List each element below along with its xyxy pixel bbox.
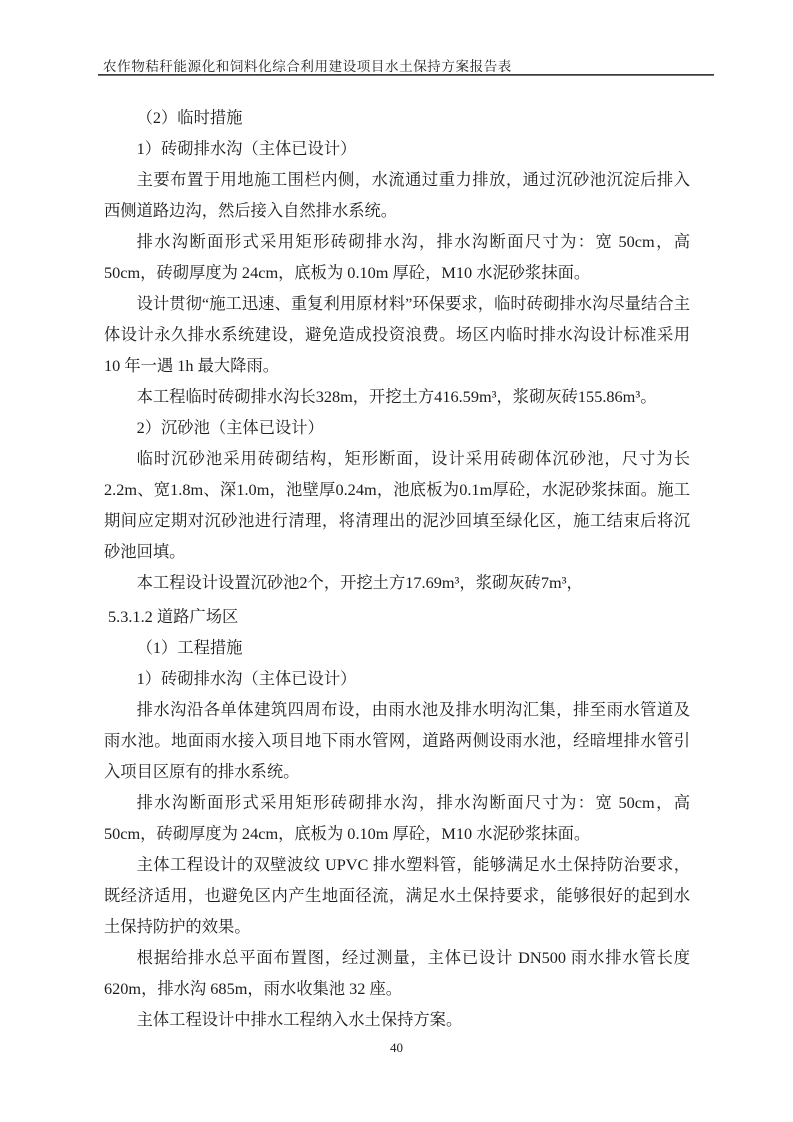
paragraph-brick-drain-label-2: 1）砖砌排水沟（主体已设计） — [104, 663, 690, 694]
paragraph-included-in-plan: 主体工程设计中排水工程纳入水土保持方案。 — [104, 1004, 690, 1035]
paragraph-drain-around-buildings: 排水沟沿各单体建筑四周布设，由雨水池及排水明沟汇集，排至雨水管道及雨水池。地面雨… — [104, 694, 690, 787]
paragraph-drain-layout: 主要布置于用地施工围栏内侧，水流通过重力排放，通过沉砂池沉淀后排入西侧道路边沟，… — [104, 164, 690, 226]
paragraph-measured-lengths: 根据给排水总平面布置图，经过测量，主体已设计 DN500 雨水排水管长度 620… — [104, 942, 690, 1004]
document-body: （2）临时措施 1）砖砌排水沟（主体已设计） 主要布置于用地施工围栏内侧，水流通… — [104, 102, 690, 1035]
paragraph-drain-section-spec-2: 排水沟断面形式采用矩形砖砌排水沟，排水沟断面尺寸为：宽 50cm，高 50cm，… — [104, 787, 690, 849]
paragraph-engineering-measures: （1）工程措施 — [104, 632, 690, 663]
paragraph-sand-basin-label: 2）沉砂池（主体已设计） — [104, 412, 690, 443]
paragraph-sand-basin-quantities: 本工程设计设置沉砂池2个，开挖土方17.69m³，浆砌灰砖7m³， — [104, 567, 690, 598]
header-title: 农作物秸秆能源化和饲料化综合利用建设项目水土保持方案报告表 — [103, 55, 512, 75]
page-footer: 40 — [0, 1040, 793, 1056]
paragraph-sand-basin-spec: 临时沉砂池采用砖砌结构，矩形断面，设计采用砖砌体沉砂池，尺寸为长2.2m、宽1.… — [104, 443, 690, 567]
paragraph-upvc-pipe: 主体工程设计的双壁波纹 UPVC 排水塑料管，能够满足水土保持防治要求，既经济适… — [104, 849, 690, 942]
paragraph-drain-quantities: 本工程临时砖砌排水沟长328m，开挖土方416.59m³，浆砌灰砖155.86m… — [104, 381, 690, 412]
paragraph-drain-section-spec: 排水沟断面形式采用矩形砖砌排水沟，排水沟断面尺寸为：宽 50cm，高 50cm，… — [104, 226, 690, 288]
paragraph-design-principle: 设计贯彻“施工迅速、重复利用原材料”环保要求，临时砖砌排水沟尽量结合主体设计永久… — [104, 288, 690, 381]
paragraph-temporary-measures-label: （2）临时措施 — [104, 102, 690, 133]
header-rule — [98, 74, 714, 76]
document-page: 农作物秸秆能源化和饲料化综合利用建设项目水土保持方案报告表 （2）临时措施 1）… — [0, 0, 793, 1122]
paragraph-brick-drain-label: 1）砖砌排水沟（主体已设计） — [104, 133, 690, 164]
page-number: 40 — [390, 1040, 403, 1055]
section-heading-road-plaza: 5.3.1.2 道路广场区 — [104, 601, 690, 632]
